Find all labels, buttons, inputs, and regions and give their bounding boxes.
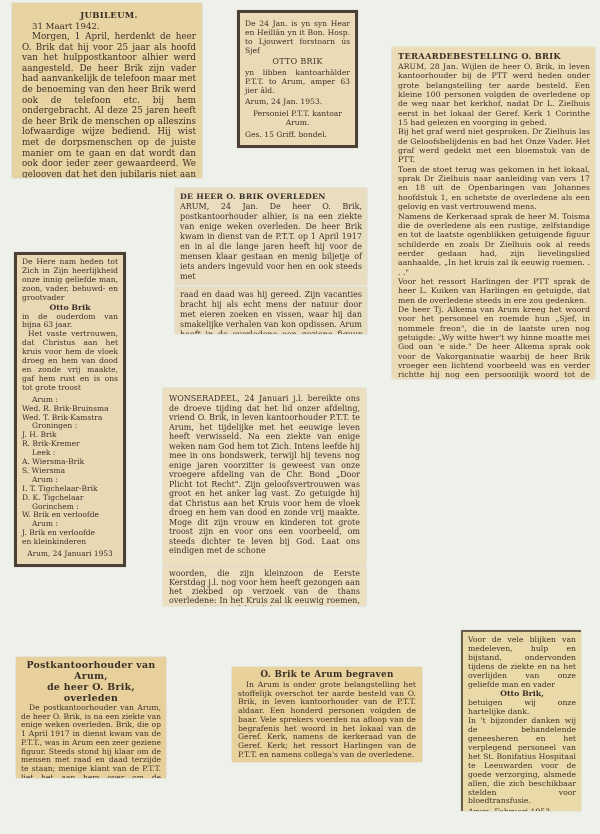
clipping-family-death-notice: De Here nam heden tot Zich in Zijn heerl… — [14, 252, 126, 567]
clipping-overleden-part1: DE HEER O. BRIK OVERLEDEN ARUM, 24 Jan. … — [175, 188, 367, 285]
clipping-begraven: O. Brik te Arum begraven In Arum is onde… — [232, 667, 422, 762]
notice-place-date: Arum, 24 Jan. 1953. — [245, 97, 350, 107]
clipping-teraardebestelling: TERAARDEBESTELLING O. BRIK ARUM, 28 Jan.… — [392, 47, 595, 379]
clipping-wonseradeel-part1: WONSERADEEL, 24 Januari j.l. bereikte on… — [163, 388, 366, 566]
clipping-wonseradeel-part2: woorden, die zijn kleinzoon de Eerste Ke… — [163, 567, 366, 606]
family-list: Arum : Wed. R. Brik-Bruinsma Wed. T. Bri… — [22, 396, 118, 547]
clipping-title: TERAARDEBESTELLING O. BRIK — [398, 51, 590, 61]
thanks-place-date: Arum, Februari 1953 — [468, 808, 576, 811]
notice-faith: Het vaste vertrouwen, dat Christus aan h… — [22, 330, 118, 392]
notice-signed: Personiel P.T.T. kantoar Arum. — [245, 109, 350, 128]
clipping-body: In Arum is onder grote belangstelling he… — [238, 681, 416, 759]
clipping-postkantoorhouder: Postkantoorhouder van Arum, de heer O. B… — [16, 657, 166, 778]
clipping-date: 31 Maart 1942. — [32, 22, 196, 32]
clipping-paragraph: ARUM, 28 Jan. Wijlen de heer O. Brik, in… — [398, 62, 590, 127]
clipping-body: ARUM, 24 Jan. De heer O. Brik, postkanto… — [180, 202, 362, 282]
clipping-title: DE HEER O. BRIK OVERLEDEN — [180, 192, 362, 201]
notice-hymn: Ges. 15 Griff. bondel. — [245, 130, 350, 140]
clipping-paragraph: Namens de Kerkeraad sprak de heer M. Toi… — [398, 212, 590, 277]
family-member: en kleinkinderen — [22, 538, 118, 547]
clipping-paragraph: Bij het graf werd niet gesproken. Dr Zie… — [398, 127, 590, 164]
clipping-body: woorden, die zijn kleinzoon de Eerste Ke… — [169, 569, 360, 606]
notice-intro: De 24 Jan. is yn syn Hear en Heillân yn … — [245, 19, 350, 55]
clipping-paragraph: Toen de stoet terug was gekomen in het l… — [398, 165, 590, 212]
notice-detail: yn libben kantoarhâlder P.T.T. to Arum, … — [245, 68, 350, 95]
notice-intro: De Here nam heden tot Zich in Zijn heerl… — [22, 258, 118, 303]
thanks-special: In 't bijzonder danken wij de behandelen… — [468, 717, 576, 806]
notice-age: in de ouderdom van bijna 63 jaar. — [22, 313, 118, 331]
clipping-body: De postkantoorhouder van Arum, de heer O… — [21, 704, 161, 778]
clipping-paragraph: De heer Tj. Alkema van Arum kreeg het wo… — [398, 305, 590, 379]
clipping-frisian-death-notice: De 24 Jan. is yn syn Hear en Heillân yn … — [237, 10, 358, 148]
thanks-intro: Voor de vele blijken van medeleven, hulp… — [468, 636, 576, 689]
clipping-title: JUBILEUM. — [22, 11, 196, 21]
clipping-body: WONSERADEEL, 24 Januari j.l. bereikte on… — [169, 394, 360, 556]
notice-name: OTTO BRIK — [245, 57, 350, 66]
thanks-line: betuigen wij onze hartelijke dank. — [468, 699, 576, 717]
clipping-dankbetuiging: Voor de vele blijken van medeleven, hulp… — [461, 630, 581, 811]
notice-footer: Arum, 24 Januari 1953 — [22, 549, 118, 558]
clipping-overleden-part2: raad en daad was hij gereed. Zijn vacant… — [175, 287, 367, 334]
clipping-body: Morgen, 1 April, herdenkt de heer O. Bri… — [22, 32, 196, 178]
clipping-paragraph: Voor het ressort Harlingen der PTT sprak… — [398, 277, 590, 305]
clipping-jubileum: JUBILEUM. 31 Maart 1942. Morgen, 1 April… — [12, 3, 202, 178]
clipping-title-line2: de heer O. Brik, overleden — [21, 682, 161, 704]
clipping-title-line1: Postkantoorhouder van Arum, — [21, 660, 161, 682]
clipping-body: raad en daad was hij gereed. Zijn vacant… — [180, 290, 362, 334]
